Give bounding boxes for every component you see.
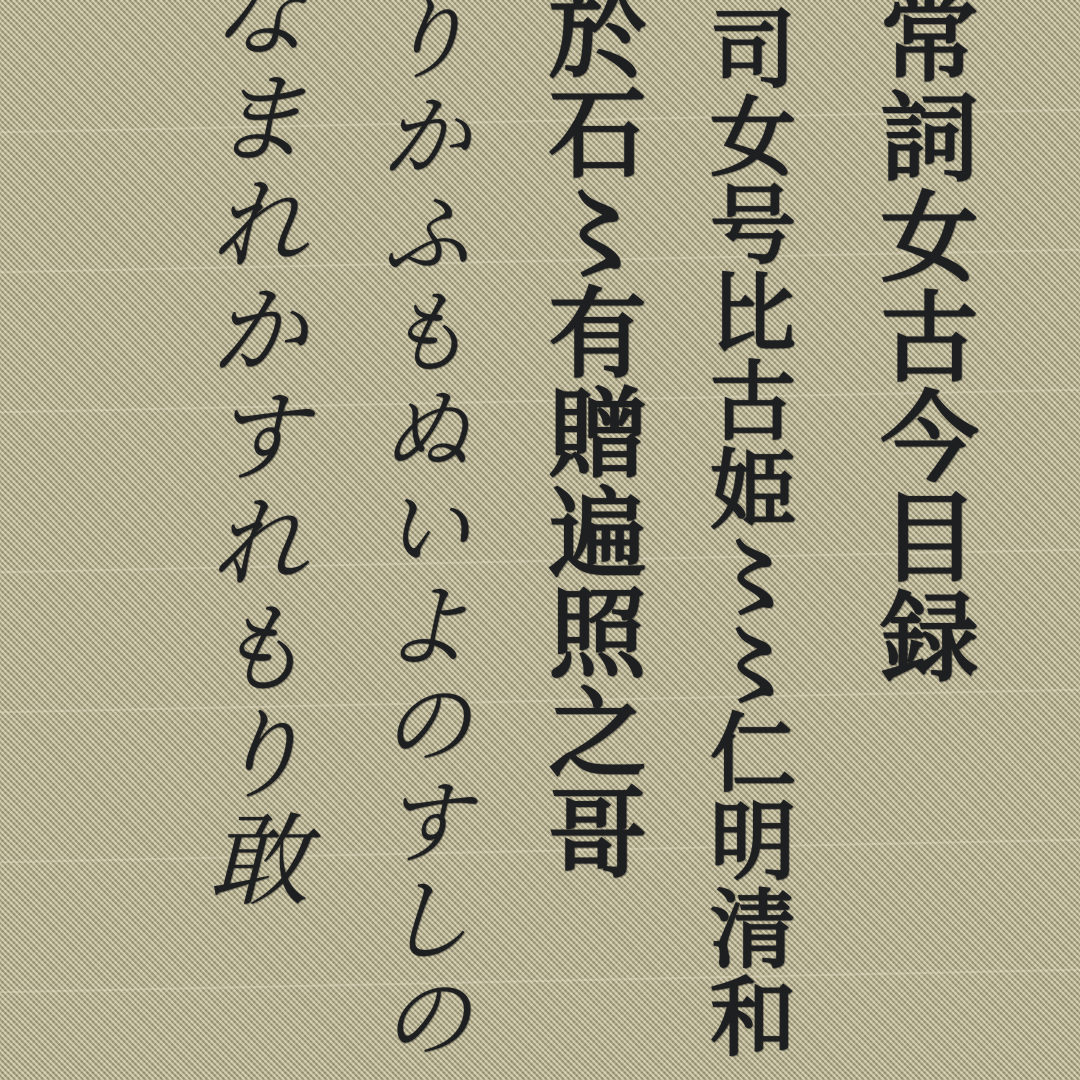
- calligraphy-column-4: りかふもぬいよのすしの: [372, 0, 464, 1068]
- calligraphy-column-1: 常詞女古今目録: [872, 0, 970, 686]
- weave-line: [0, 969, 1080, 994]
- woven-textile: 常詞女古今目録 司女号比古姫〻〻仁明清和 於石〻有贈遍照之哥 りかふもぬいよのす…: [0, 0, 1080, 1080]
- calligraphy-column-5: なまれかすれもり敢: [200, 0, 300, 914]
- calligraphy-column-2: 司女号比古姫〻〻仁明清和: [702, 4, 788, 1060]
- calligraphy-column-3: 於石〻有贈遍照之哥: [540, 0, 638, 882]
